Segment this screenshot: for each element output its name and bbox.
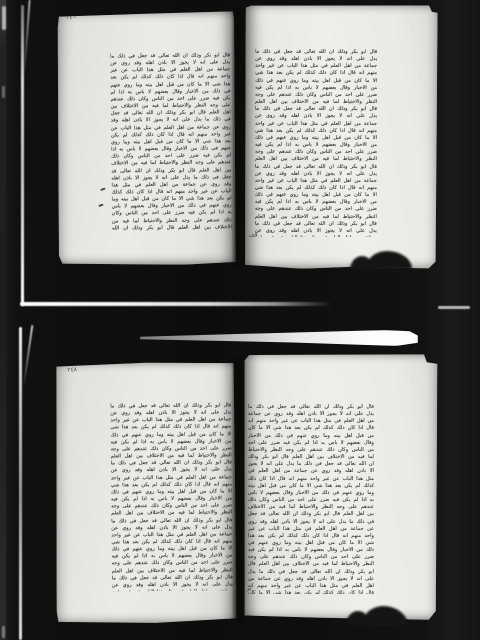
film-speck [2, 626, 5, 638]
folio-number-top: ٢٤٦ [66, 13, 76, 21]
catchword-top: قف [248, 231, 258, 239]
film-scratch-vertical-bottom [19, 327, 22, 640]
book-gutter-shadow-bottom [231, 357, 246, 623]
manuscript-text-block: قال ابو بكر وذلك ان الله تعالى قد جعل في… [248, 404, 374, 594]
manuscript-text-block: قال ابو بكر وذلك ان الله تعالى قد جعل في… [110, 402, 233, 591]
manuscript-page-top-right: قال ابو بكر وذلك ان الله تعالى قد جعل في… [244, 4, 437, 269]
film-speck [2, 86, 5, 98]
manuscript-text-block: قال ابو بكر وذلك ان الله تعالى قد جعل في… [255, 49, 377, 237]
folio-number-bottom: ٢٤٨ [67, 366, 77, 374]
manuscript-page-bottom-right: قال ابو بكر وذلك ان الله تعالى قد جعل في… [244, 354, 438, 621]
manuscript-page-top-left: ٢٤٦ قال ابو بكر وذلك ان الله تعالى قد جع… [57, 11, 236, 265]
catchword-bottom: بر [246, 584, 252, 591]
film-scratch-wedge [140, 330, 418, 346]
manuscript-text-block: قال ابو بكر وذلك ان الله تعالى قد جعل في… [110, 52, 232, 231]
microfilm-scan: ٢٤٦ قال ابو بكر وذلك ان الله تعالى قد جع… [0, 0, 480, 640]
film-scratch-diagonal-bottom [23, 325, 34, 387]
film-scratch-vertical-top [21, 5, 24, 306]
book-gutter-shadow-top [231, 8, 246, 268]
film-speck [2, 6, 6, 30]
film-scratch-diagonal-top [23, 0, 30, 75]
film-scratch-dash [438, 306, 470, 309]
manuscript-page-bottom-left: ٢٤٨ قال ابو بكر وذلك ان الله تعالى قد جع… [55, 362, 236, 625]
film-scratch-horizontal-top [20, 302, 332, 306]
